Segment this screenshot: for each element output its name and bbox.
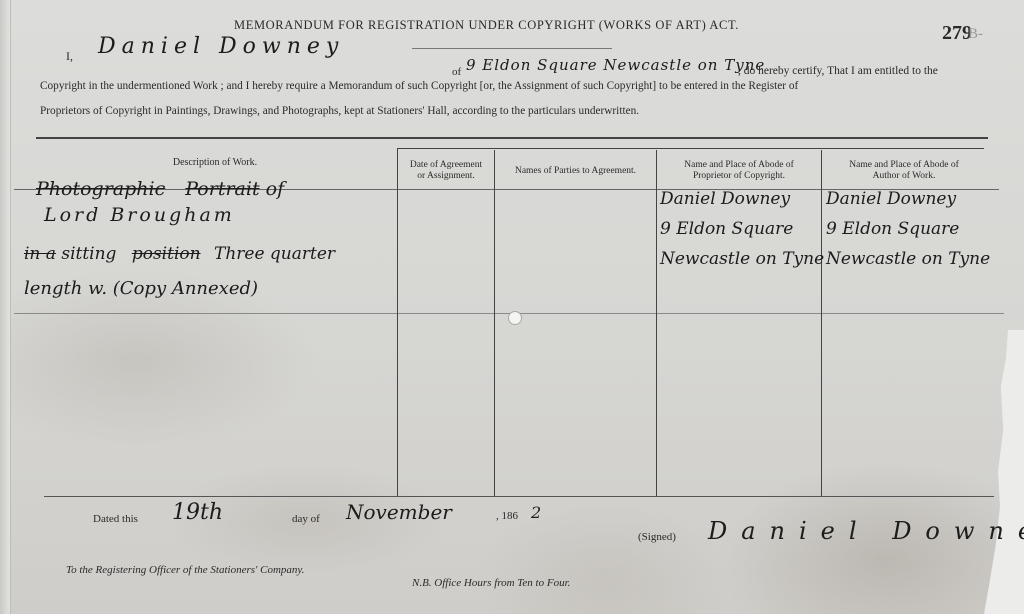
certify-text: , do hereby certify, That I am entitled … [738, 65, 938, 77]
registration-suffix: B- [968, 26, 983, 43]
intro-line-2: Copyright in the undermentioned Work ; a… [40, 80, 798, 92]
header-inner-top-rule [398, 148, 984, 149]
dated-year-digit: 2 [531, 503, 541, 522]
proprietor-name-handwritten: Daniel Downey [98, 34, 344, 59]
author-cell: Daniel Downey 9 Eldon Square Newcastle o… [826, 184, 990, 274]
header-parties: Names of Parties to Agreement. [495, 166, 656, 177]
description-line-4: length w. (Copy Annexed) [24, 278, 258, 299]
description-line-2: Lord Brougham [44, 204, 235, 226]
of-label: of [452, 66, 461, 78]
page-edge [0, 0, 11, 614]
header-description: Description of Work. [40, 157, 390, 168]
table-top-rule [36, 137, 988, 139]
intro-line-3: Proprietors of Copyright in Paintings, D… [40, 105, 639, 117]
intro-prefix: I, [66, 49, 73, 64]
day-of-label: day of [292, 513, 320, 525]
punch-hole [508, 311, 522, 325]
header-author: Name and Place of Abode of Author of Wor… [822, 160, 986, 182]
name-underline [412, 48, 612, 49]
document-title: MEMORANDUM FOR REGISTRATION UNDER COPYRI… [234, 18, 739, 33]
dated-month: November [346, 500, 452, 524]
col-divider-3 [656, 150, 657, 496]
proprietor-cell: Daniel Downey 9 Eldon Square Newcastle o… [660, 184, 824, 274]
office-hours-note: N.B. Office Hours from Ten to Four. [412, 577, 570, 589]
description-line-3: in a sitting position Three quarter [24, 244, 335, 264]
dated-year-prefix: , 186 [496, 510, 518, 522]
col-divider-2 [494, 150, 495, 496]
header-date-agreement: Date of Agreement or Assignment. [398, 160, 494, 182]
description-line-1: Photographic Portrait of [36, 178, 284, 200]
dated-label: Dated this [93, 513, 138, 525]
signed-label: (Signed) [638, 531, 676, 543]
col-divider-1 [397, 148, 398, 496]
dated-day: 19th [172, 500, 223, 525]
address-handwritten: 9 Eldon Square Newcastle on Tyne [466, 56, 765, 74]
header-proprietor: Name and Place of Abode of Proprietor of… [657, 160, 821, 182]
signature: Daniel Downey [708, 517, 1024, 545]
table-bottom-rule [44, 496, 994, 497]
addressee-note: To the Registering Officer of the Statio… [66, 564, 304, 576]
